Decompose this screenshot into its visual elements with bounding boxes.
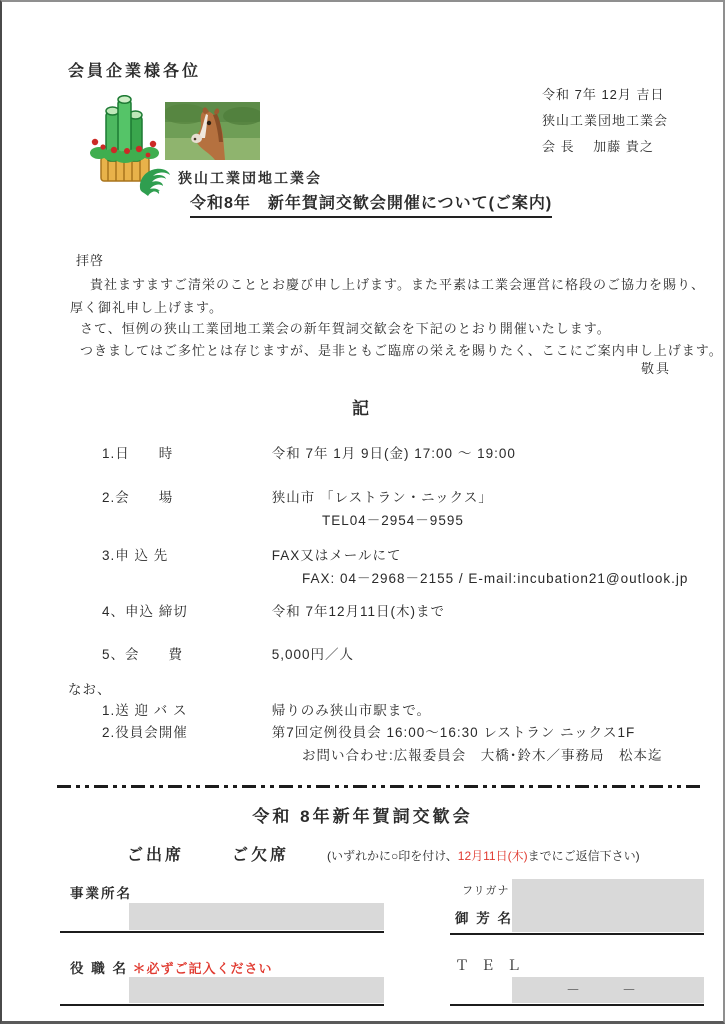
notes-intro: なお、: [68, 678, 112, 698]
ki-heading: 記: [2, 394, 723, 419]
sender-org-line: 狭山工業団地工業会: [542, 108, 668, 134]
item-venue: 2.会 場 狭山市 「レストラン・ニックス」: [102, 486, 493, 506]
body-line-2: 厚く御礼申し上げます。: [70, 297, 223, 316]
tel-label: Ｔ Ｅ Ｌ: [455, 955, 525, 975]
name-label: 御 芳 名: [455, 907, 513, 927]
item-value: FAX又はメールにて: [272, 548, 402, 563]
note-label: 2.役員会開催: [102, 721, 267, 741]
sender-block: 令和 7年 12月 吉日 狭山工業団地工業会 会 長 加藤 貴之: [542, 82, 668, 160]
reply-form-title: 令和 8年新年賀詞交歓会: [2, 802, 723, 827]
recipient-line: 会員企業様各位: [68, 58, 201, 81]
item-value: 5,000円／人: [272, 647, 354, 662]
absent-option: ご欠席: [232, 847, 289, 864]
president-line: 会 長 加藤 貴之: [542, 134, 668, 160]
item-venue-tel: TEL04－2954－9595: [322, 509, 464, 529]
position-required-note: ＊必ずご記入ください: [132, 961, 272, 976]
association-logo-icon: [138, 166, 172, 203]
item-deadline: 4、申込 締切 令和 7年12月11日(木)まで: [102, 600, 445, 620]
company-name-label: 事業所名: [70, 882, 132, 902]
position-label-row: 役 職 名 ＊必ずご記入ください: [70, 957, 272, 978]
closing-word: 敬具: [641, 358, 671, 377]
company-name-underline: [60, 931, 384, 933]
reply-note-suffix: までにご返信下さい): [528, 849, 640, 863]
position-underline: [60, 1004, 384, 1006]
tel-field: － －: [512, 977, 704, 1003]
reply-note: (いずれかに○印を付け、12月11日(木)までにご返信下さい): [327, 849, 640, 863]
company-name-field: [129, 903, 384, 930]
attendance-choice-row: ご出席ご欠席(いずれかに○印を付け、12月11日(木)までにご返信下さい): [127, 842, 640, 865]
furigana-label: フリガナ: [462, 882, 509, 898]
item-label: 3.申 込 先: [102, 544, 267, 564]
body-line-4: つきましてはご多忙とは存じますが、是非ともご臨席の栄えを賜りたく、ここにご案内申…: [80, 340, 723, 359]
logo-org-name: 狭山工業団地工業会: [178, 168, 322, 188]
item-value: 令和 7年 1月 9日(金) 17:00 ～ 19:00: [272, 446, 516, 461]
item-value: 狭山市 「レストラン・ニックス」: [272, 490, 493, 505]
position-field: [129, 977, 384, 1003]
item-fee: 5、会 費 5,000円／人: [102, 643, 354, 663]
cut-line-divider: [57, 785, 705, 788]
position-label: 役 職 名: [70, 961, 128, 976]
date-line: 令和 7年 12月 吉日: [542, 82, 668, 108]
note-bus: 1.送 迎 バ ス 帰りのみ狭山市駅まで。: [102, 699, 431, 719]
reply-note-prefix: (いずれかに○印を付け、: [327, 849, 458, 863]
item-label: 4、申込 締切: [102, 600, 267, 620]
item-value: 令和 7年12月11日(木)まで: [272, 604, 445, 619]
note-label: 1.送 迎 バ ス: [102, 699, 267, 719]
note-board-meeting: 2.役員会開催 第7回定例役員会 16:00～16:30 レストラン ニックス1…: [102, 721, 635, 741]
name-field: [512, 879, 704, 932]
note-value: 第7回定例役員会 16:00～16:30 レストラン ニックス1F: [272, 725, 636, 740]
note-value: 帰りのみ狭山市駅まで。: [272, 703, 431, 718]
item-label: 1.日 時: [102, 442, 267, 462]
tel-underline: [450, 1004, 704, 1006]
salutation: 拝啓: [76, 250, 104, 269]
attend-option: ご出席: [127, 847, 184, 864]
reply-note-deadline: 12月11日(木): [458, 849, 528, 863]
item-label: 5、会 費: [102, 643, 267, 663]
item-apply-to: 3.申 込 先 FAX又はメールにて: [102, 544, 402, 564]
item-apply-contact: FAX: 04－2968－2155 / E-mail:incubation21@…: [302, 567, 688, 587]
document-title: 令和8年 新年賀詞交歓会開催について(ご案内): [190, 190, 552, 218]
contact-line: お問い合わせ:広報委員会 大橋･鈴木／事務局 松本迄: [302, 744, 663, 764]
item-label: 2.会 場: [102, 486, 267, 506]
foal-photo: [165, 102, 260, 165]
item-datetime: 1.日 時 令和 7年 1月 9日(金) 17:00 ～ 19:00: [102, 442, 516, 462]
body-line-1: 貴社ますますご清栄のこととお慶び申し上げます。また平素は工業会運営に格段のご協力…: [90, 274, 705, 293]
name-underline: [450, 933, 704, 935]
body-line-3: さて、恒例の狭山工業団地工業会の新年賀詞交歓会を下記のとおり開催いたします。: [80, 318, 611, 337]
